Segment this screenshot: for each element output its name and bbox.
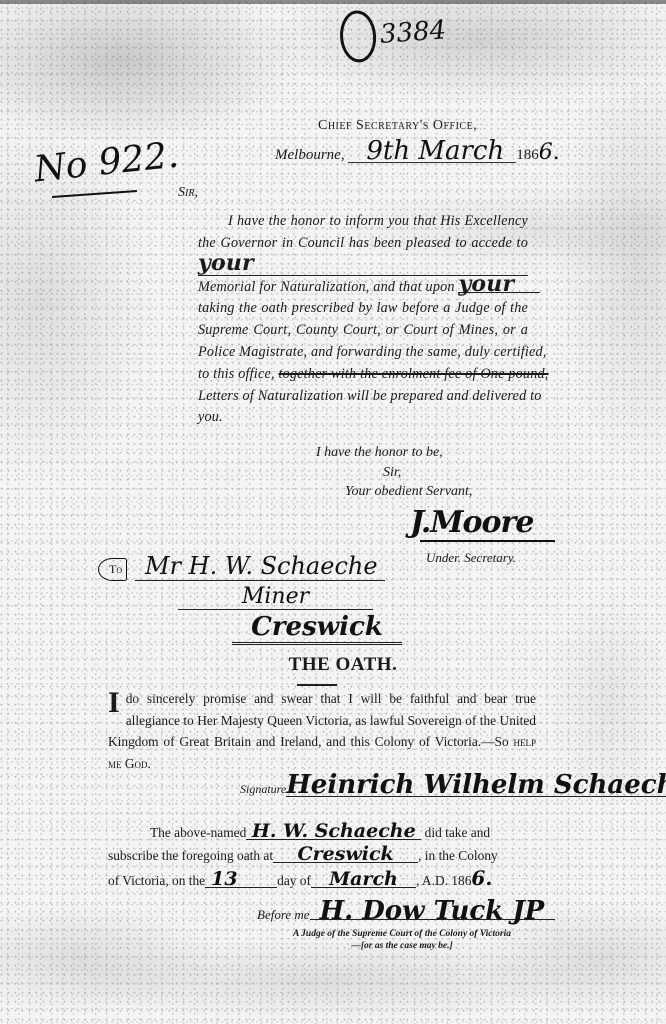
cert-text: of Victoria, on the	[108, 873, 205, 888]
cert-text: day of	[277, 873, 311, 888]
cert-text: The above-named	[150, 825, 246, 840]
date-place: Melbourne,	[275, 147, 345, 163]
secretary-signature: J.Moore	[410, 505, 533, 540]
certification-line-1: The above-namedH. W. Schaeche did take a…	[108, 822, 538, 845]
before-me-label: Before me	[257, 907, 310, 922]
addressee-to: To	[98, 558, 129, 581]
year-handwritten: 6.	[539, 142, 560, 164]
oath-signature-row: SignatureHeinrich Wilhelm Schaeche	[240, 774, 666, 797]
document-number: No 922.	[32, 135, 180, 191]
secretary-signature-underline	[420, 540, 555, 542]
oath-drop-cap: I	[108, 690, 120, 716]
oath-body: do sincerely promise and swear that I wi…	[108, 691, 536, 749]
letter-text: to this office,	[198, 366, 275, 382]
reference-number: O3384	[338, 4, 448, 63]
cert-text: , A.D. 186	[416, 873, 471, 888]
reference-prefix-circle: O	[338, 9, 378, 63]
cert-text: subscribe the foregoing oath at	[108, 848, 273, 863]
salutation: Sir,	[178, 185, 198, 201]
struck-through-text: together with the enrolment fee of One p…	[278, 366, 548, 382]
document-number-underline	[52, 190, 137, 198]
letter-line: Supreme Court, County Court, or Court of…	[198, 320, 528, 342]
cert-name-field: H. W. Schaeche	[246, 823, 421, 840]
letter-text: Memorial for Naturalization, and that up…	[198, 279, 455, 295]
closing-line-2: Sir,	[383, 465, 401, 481]
certification-line-2: subscribe the foregoing oath atCreswick,…	[108, 845, 538, 868]
letter-line: taking the oath prescribed by law before…	[198, 298, 528, 320]
oath-title-rule	[297, 684, 337, 686]
certification-block: The above-namedH. W. Schaeche did take a…	[108, 822, 538, 893]
letter-line: Memorial for Naturalization, and that up…	[198, 276, 528, 299]
judge-caption: A Judge of the Supreme Court of the Colo…	[292, 928, 512, 952]
cert-day-field: 13	[205, 871, 277, 888]
letter-line: you.	[198, 407, 528, 429]
letter-line: Letters of Naturalization will be prepar…	[198, 386, 528, 408]
year-printed: 186	[516, 147, 539, 163]
cert-place-field: Creswick	[273, 846, 418, 863]
signature-label: Signature	[240, 782, 286, 796]
addressee-name: Mr H. W. Schaeche	[135, 552, 385, 581]
certification-line-3: of Victoria, on the13day ofMarch, A.D. 1…	[108, 867, 538, 893]
cert-text: , in the Colony	[418, 848, 498, 863]
to-label: To	[98, 558, 127, 581]
oath-text: Ido sincerely promise and swear that I w…	[108, 688, 536, 774]
letter-line: to this office, together with the enrolm…	[198, 364, 528, 386]
letter-body: I have the honor to inform you that His …	[198, 211, 528, 429]
closing-line-3: Your obedient Servant,	[345, 484, 472, 500]
office-header: Chief Secretary's Office,	[318, 118, 477, 134]
magistrate-signature: H. Dow Tuck JP	[310, 903, 555, 920]
before-me-row: Before meH. Dow Tuck JP	[257, 903, 555, 923]
addressee-place: Creswick	[232, 612, 402, 645]
page-top-edge	[0, 0, 666, 4]
letter-line: I have the honor to inform you that His …	[198, 211, 528, 233]
handwritten-your: your	[458, 276, 540, 293]
closing-line-1: I have the honor to be,	[316, 445, 443, 461]
addressee-occupation: Miner	[178, 584, 373, 610]
letter-line: Police Magistrate, and forwarding the sa…	[198, 342, 528, 364]
cert-year-handwritten: 6.	[471, 866, 492, 890]
cert-text: did take and	[425, 825, 490, 840]
secretary-title: Under. Secretary.	[426, 550, 516, 566]
handwritten-date: 9th March	[348, 140, 516, 163]
cert-month-field: March	[311, 871, 416, 888]
handwritten-your: your	[198, 255, 254, 271]
letter-fill-line: your	[198, 255, 528, 276]
oath-signature: Heinrich Wilhelm Schaeche	[286, 774, 666, 797]
reference-digits: 3384	[379, 15, 447, 50]
date-line: Melbourne, 9th March1866.	[275, 140, 560, 164]
oath-title: THE OATH.	[0, 654, 666, 676]
